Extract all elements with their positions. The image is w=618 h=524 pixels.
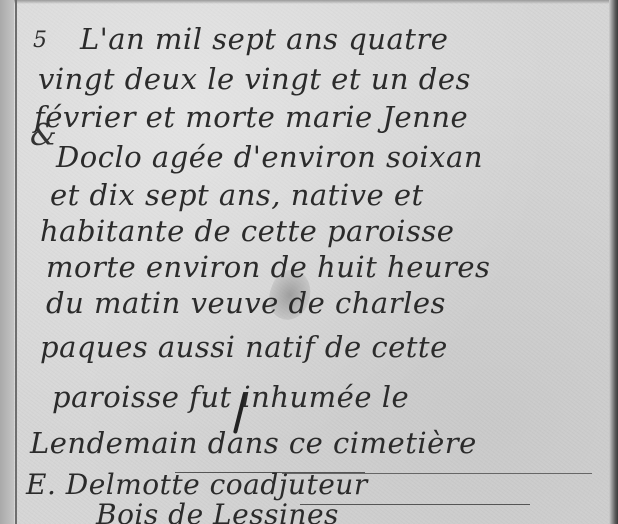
manuscript-line-3: février et morte marie Jenne (34, 100, 468, 134)
manuscript-line-9: paques aussi natif de cette (40, 330, 448, 364)
manuscript-line-10: paroisse fut inhumée le (52, 380, 409, 414)
manuscript-line-7: morte environ de huit heures (46, 250, 490, 284)
signature-place-line: Bois de Lessines (96, 498, 339, 524)
page-right-edge-shadow (609, 0, 618, 524)
signature-line: E. Delmotte coadjuteur (26, 468, 368, 501)
manuscript-line-6: habitante de cette paroisse (40, 214, 454, 248)
page-top-edge (0, 0, 618, 4)
manuscript-line-4: Doclo agée d'environ soixan (56, 140, 483, 174)
manuscript-page: 5 & L'an mil sept ans quatre vingt deux … (0, 0, 618, 524)
manuscript-line-5: et dix sept ans, native et (50, 178, 424, 212)
margin-rule (15, 0, 17, 524)
entry-number: 5 (33, 28, 47, 53)
page-left-edge (0, 0, 14, 524)
manuscript-line-8: du matin veuve de charles (46, 286, 446, 320)
manuscript-line-11: Lendemain dans ce cimetière (30, 426, 477, 460)
manuscript-line-2: vingt deux le vingt et un des (38, 62, 471, 96)
manuscript-line-1: L'an mil sept ans quatre (80, 22, 448, 56)
